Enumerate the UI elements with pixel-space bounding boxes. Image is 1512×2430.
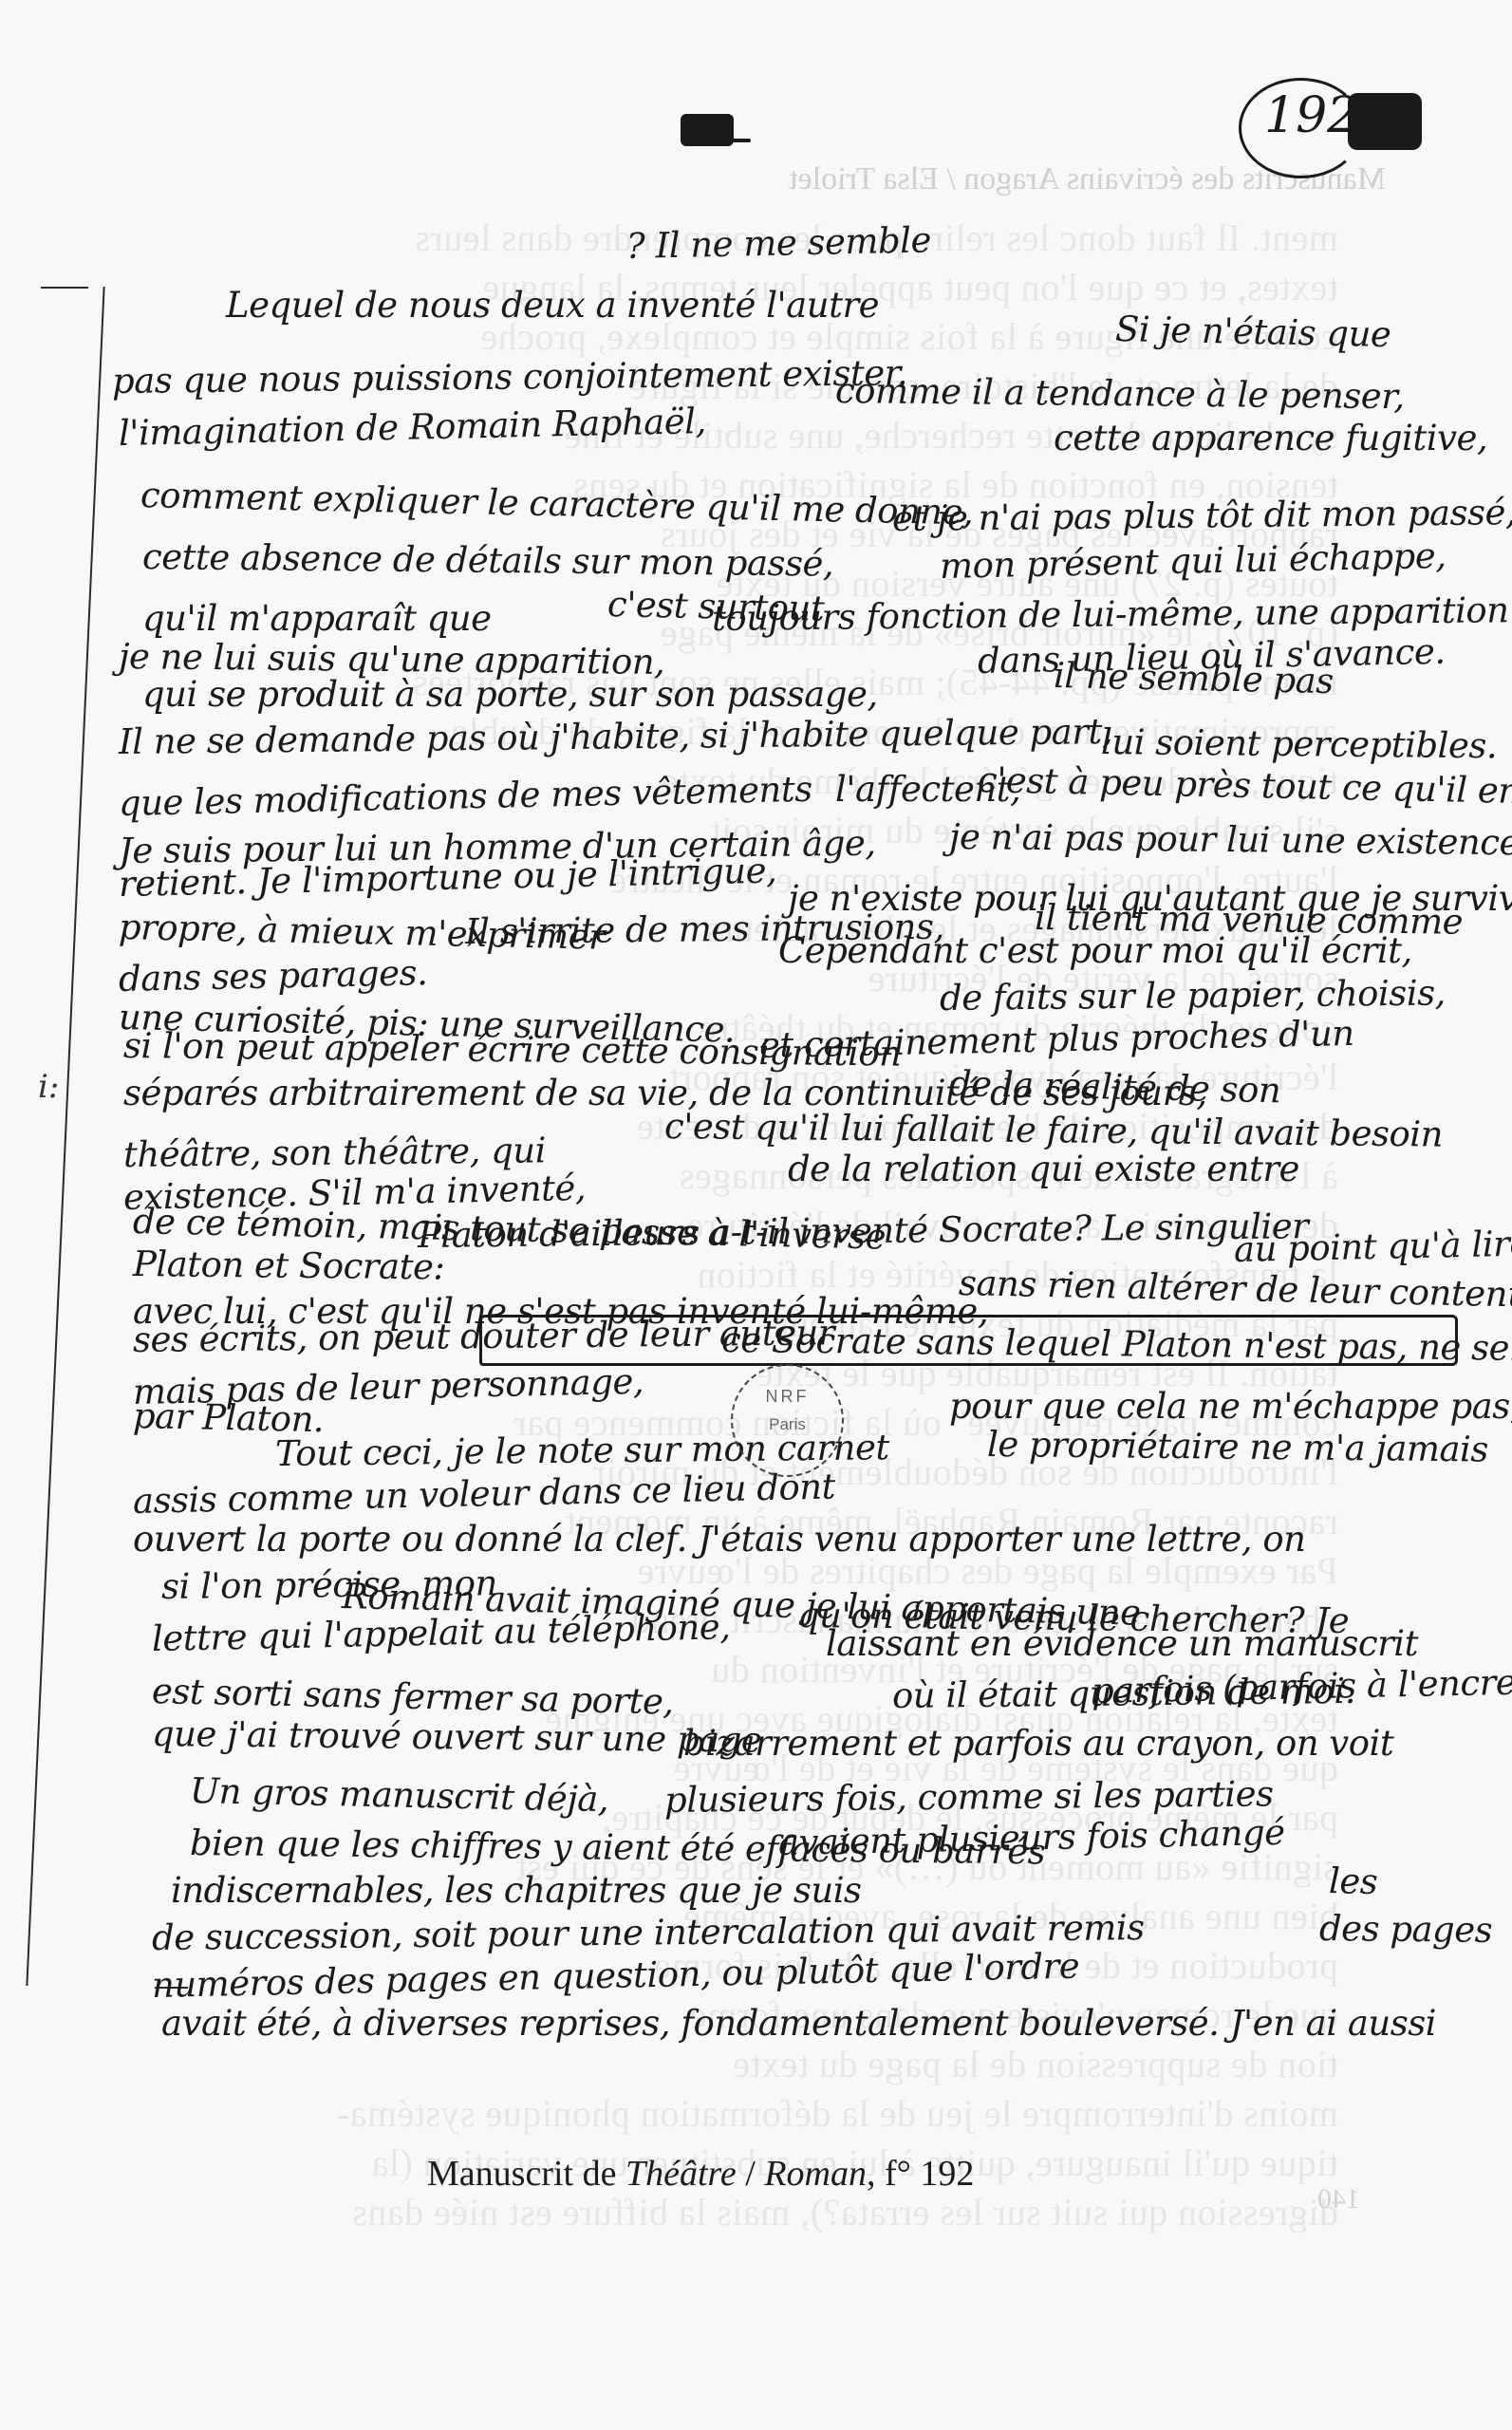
caption-prefix: Manuscrit de: [427, 2154, 625, 2194]
handwritten-line: et je n'ai pas plus tôt dit mon passé,: [892, 492, 1512, 539]
handwritten-line: bizarrement et parfois au crayon, on voi…: [683, 1723, 1393, 1764]
handwritten-line: les: [1329, 1860, 1378, 1902]
handwritten-line: il ne semble pas: [1054, 655, 1335, 701]
manuscript-page: Manuscrits des écrivains Aragon / Elsa T…: [0, 0, 1512, 2430]
caption-suffix: , f° 192: [867, 2154, 974, 2194]
caption-title-1: Théâtre: [625, 2154, 737, 2194]
handwritten-line: lui soient perceptibles.: [1101, 721, 1498, 766]
handwritten-line: que j'ai trouvé ouvert sur une page: [152, 1713, 762, 1761]
encircled-passage: [479, 1315, 1458, 1366]
handwritten-line: pour que cela ne m'échappe pas,: [949, 1386, 1512, 1427]
handwritten-line: Lequel de nous deux a inventé l'autre: [226, 285, 879, 326]
handwritten-line: de la réalité de son: [949, 1063, 1281, 1111]
figure-caption: Manuscrit de Théâtre / Roman, f° 192: [427, 2153, 974, 2195]
caption-separator: /: [737, 2154, 765, 2194]
handwritten-line: Cependant c'est pour moi qu'il écrit,: [778, 930, 1412, 971]
handwritten-line: je n'ai pas pour lui une existence: [949, 816, 1512, 863]
handwritten-line: qu'il m'apparaît que: [142, 598, 491, 639]
folio-crossed-out-scribble: [1348, 93, 1422, 150]
handwritten-line: si l'on précise, mon: [161, 1562, 497, 1607]
handwritten-line: de la relation qui existe entre: [788, 1149, 1299, 1189]
publisher-stamp: NRF Paris: [731, 1364, 844, 1477]
handwritten-line: pas que nous puissions conjointement exi…: [112, 352, 907, 402]
handwritten-line: théâtre, son théâtre, qui: [123, 1130, 546, 1175]
stamp-line-2: Paris: [733, 1415, 842, 1434]
crossed-out-scribble-tail: [726, 139, 751, 142]
handwritten-line: Platon et Socrate:: [133, 1243, 445, 1287]
handwritten-line: cette apparence fugitive,: [1054, 418, 1487, 458]
caption-title-2: Roman: [764, 2154, 867, 2194]
folio-number: 192: [1264, 87, 1358, 144]
handwritten-line: Un gros manuscrit déjà,: [190, 1770, 609, 1820]
margin-annotation: i:: [38, 1068, 59, 1106]
handwritten-line: cette absence de détails sur mon passé,: [142, 536, 834, 585]
handwritten-line: laissant en évidence un manuscrit: [826, 1623, 1418, 1664]
handwritten-line: indiscernables, les chapitres que je sui…: [171, 1870, 862, 1911]
handwritten-line: comme il a tendance à le penser,: [835, 370, 1405, 417]
handwritten-line: parfois (parfois à l'encre: [1092, 1662, 1512, 1711]
handwritten-line: c'est qu'il lui fallait le faire, qu'il …: [664, 1106, 1443, 1155]
handwritten-line: au point qu'à lire: [1234, 1223, 1512, 1270]
handwritten-line: qui se produit à sa porte, sur son passa…: [142, 674, 878, 715]
handwritten-line: ? Il ne me semble: [626, 219, 932, 267]
handwritten-line: de faits sur le papier, choisis,: [940, 972, 1446, 1019]
margin-bracket: [26, 287, 104, 1986]
handwritten-line: des pages: [1319, 1908, 1493, 1951]
handwritten-line: ouvert la porte ou donné la clef. J'étai…: [133, 1519, 1305, 1560]
handwritten-line: Si je n'étais que: [1115, 308, 1391, 355]
handwritten-line: avait été, à diverses reprises, fondamen…: [161, 2003, 1436, 2044]
stamp-line-1: NRF: [733, 1387, 842, 1407]
bleed-through-page-number: 140: [1317, 2183, 1360, 2215]
handwritten-line: le propriétaire ne m'a jamais: [987, 1424, 1488, 1470]
margin-bracket-top: [41, 287, 88, 289]
handwritten-line: dans ses parages.: [119, 952, 428, 1000]
